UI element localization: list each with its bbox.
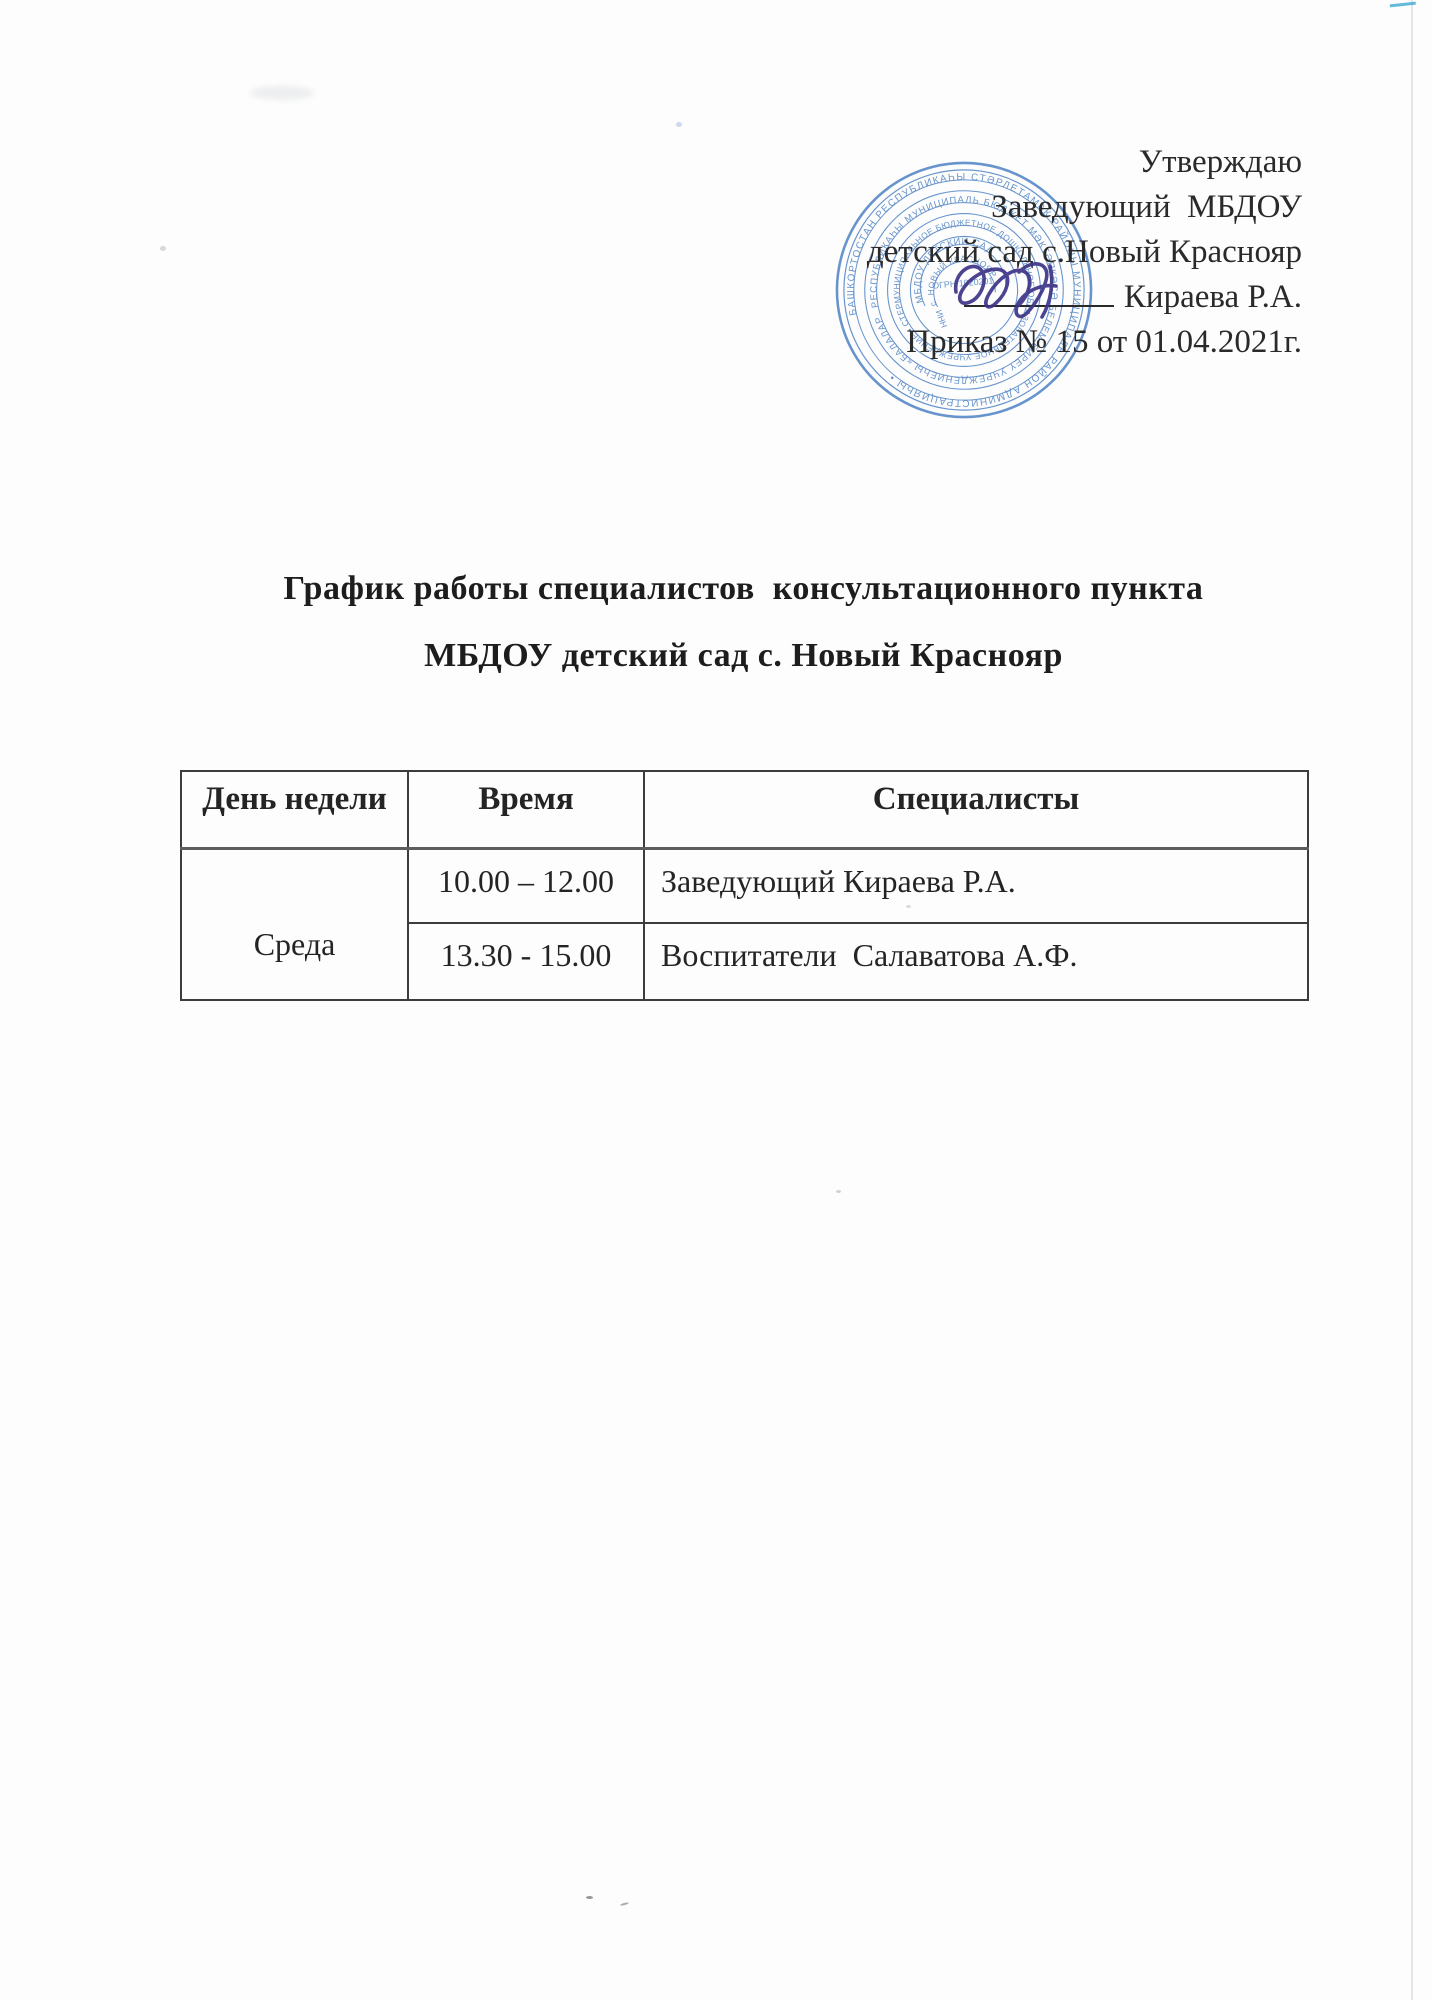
header-specialists: Специалисты [644,771,1308,848]
header-day-of-week: День недели [181,771,408,848]
scanner-edge-line [1411,0,1413,2000]
scan-speck [676,122,682,127]
document-title-block: График работы специалистов консультацион… [180,570,1307,675]
cell-time-2: 13.30 - 15.00 [408,923,644,1000]
scan-speck [586,1896,593,1899]
document-title-line1: График работы специалистов консультацион… [180,570,1307,608]
scanned-document-page: БАШКОРТОСТАН РЕСПУБЛИКАҺЫ СТӘРЛЕТАМАК РА… [0,0,1432,2000]
scan-speck [620,1902,629,1906]
signer-name: Кираева Р.А. [1124,279,1302,315]
approval-line-head: Заведующий МБДОУ [867,185,1302,230]
handwritten-signature [948,256,1084,322]
table-row: Среда 10.00 – 12.00 Заведующий Кираева Р… [181,848,1308,923]
scan-smudge [250,86,314,100]
cell-specialist-2: Воспитатели Салаватова А.Ф. [644,923,1308,1000]
approval-block: Утверждаю Заведующий МБДОУ детский сад с… [867,140,1302,365]
cell-day-sreda: Среда [181,848,408,1000]
header-time: Время [408,771,644,848]
approval-line-kindergarten: детский сад с.Новый Краснояр [867,230,1302,275]
table-header-row: День недели Время Специалисты [181,771,1308,848]
document-title-line2: МБДОУ детский сад с. Новый Краснояр [180,637,1307,675]
scan-speck [836,1190,841,1193]
schedule-table: День недели Время Специалисты Среда 10.0… [180,770,1309,1001]
cell-specialist-1: Заведующий Кираева Р.А. [644,848,1308,923]
cell-time-1: 10.00 – 12.00 [408,848,644,923]
scan-speck [160,246,166,251]
approval-line-order: Приказ № 15 от 01.04.2021г. [867,320,1302,365]
approval-line-approved: Утверждаю [867,140,1302,185]
approval-signature-line: Кираева Р.А. [867,275,1302,320]
